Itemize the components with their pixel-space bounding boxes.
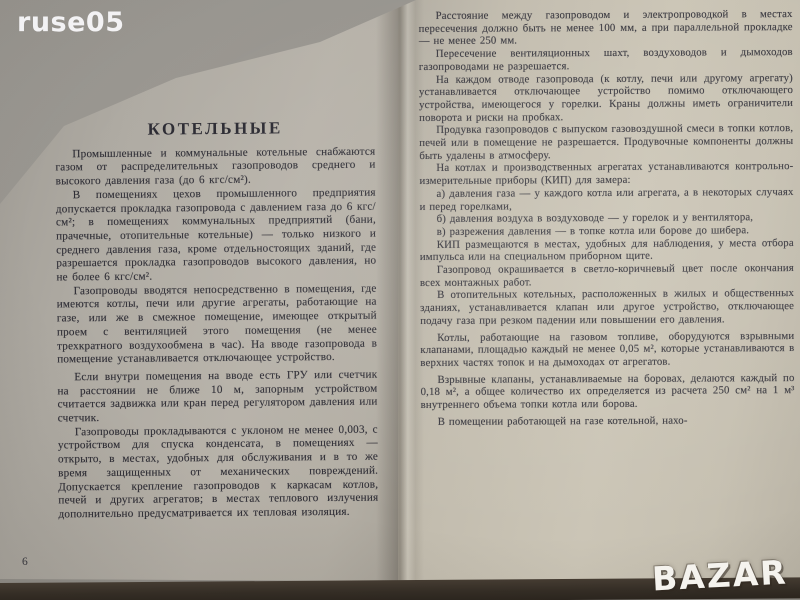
paragraph: На котлах и производственных агрегатах у… <box>419 160 793 187</box>
book-gutter-fold <box>376 0 424 600</box>
paragraph: В помещении работающей на газе котельной… <box>421 414 795 429</box>
book-photo: КОТЕЛЬНЫЕ Промышленные и коммунальные ко… <box>0 0 800 600</box>
paragraph: Пересечение вентиляционных шахт, воздухо… <box>419 46 793 73</box>
paragraph: Продувка газопроводов с выпуском газовоз… <box>419 122 793 162</box>
chapter-title: КОТЕЛЬНЫЕ <box>55 121 375 137</box>
paragraph: Расстояние между газопроводом и электроп… <box>419 8 793 48</box>
paragraph: В помещениях цехов промышленного предпри… <box>56 186 377 285</box>
right-page-text: Расстояние между газопроводом и электроп… <box>419 8 796 562</box>
paragraph: Газопровод окрашивается в светло-коричне… <box>420 262 794 289</box>
paragraph: В отопительных котельных, расположенных … <box>420 287 794 327</box>
paragraph: Взрывные клапаны, устанавливаемые на бор… <box>420 372 794 412</box>
paragraph: Если внутри помещения на вводе есть ГРУ … <box>57 369 377 427</box>
paragraph: Газопроводы прокладываются с уклоном не … <box>58 423 379 522</box>
paragraph: Котлы, работающие на газовом топливе, об… <box>420 330 794 370</box>
watermark-bazar-logo: BAZAR <box>651 552 788 598</box>
paragraph: На каждом отводе газопровода (к котлу, п… <box>419 72 793 125</box>
page-number: 6 <box>22 556 28 568</box>
left-page-text: КОТЕЛЬНЫЕ Промышленные и коммунальные ко… <box>55 121 379 560</box>
paragraph: Промышленные и коммунальные котельные сн… <box>55 145 375 189</box>
watermark-username: ruse05 <box>17 7 125 38</box>
list-item-a: а) давления газа — у каждого котла или а… <box>419 186 793 213</box>
paragraph: Газопроводы вводятся непосредственно в п… <box>57 282 378 367</box>
paragraph: КИП размещаются в местах, удобных для на… <box>420 237 794 264</box>
